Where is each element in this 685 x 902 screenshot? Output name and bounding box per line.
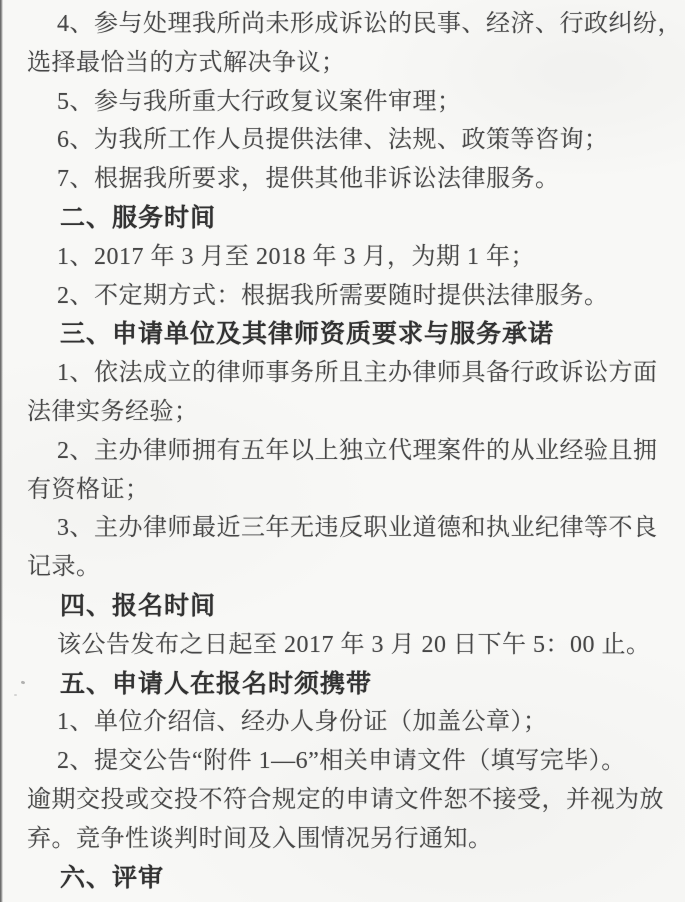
doc-line: 3、主办律师最近三年无违反职业道德和执业纪律等不良: [27, 509, 667, 548]
doc-line: 弃。竞争性谈判时间及入围情况另行通知。: [27, 820, 667, 859]
scan-speckle: [14, 694, 17, 696]
doc-line: 法律实务经验；: [27, 393, 667, 432]
section-heading-review: 六、评审: [27, 859, 667, 898]
section-heading-qualifications: 三、申请单位及其律师资质要求与服务承诺: [27, 315, 667, 354]
section-heading-service-time: 二、服务时间: [27, 199, 667, 238]
scanned-document-page: 4、参与处理我所尚未形成诉讼的民事、经济、行政纠纷， 选择最恰当的方式解决争议；…: [0, 0, 685, 902]
doc-line: 有资格证；: [27, 471, 667, 510]
doc-line: 逾期交投或交投不符合规定的申请文件恕不接受，并视为放: [27, 781, 667, 820]
scan-edge-left: [0, 0, 3, 902]
doc-line: 5、参与我所重大行政复议案件审理；: [27, 83, 667, 122]
section-heading-registration-time: 四、报名时间: [27, 587, 667, 626]
doc-line: 记录。: [27, 548, 667, 587]
document-body: 4、参与处理我所尚未形成诉讼的民事、经济、行政纠纷， 选择最恰当的方式解决争议；…: [27, 5, 667, 897]
doc-line: 2、提交公告“附件 1—6”相关申请文件（填写完毕）。: [27, 742, 667, 781]
doc-line: 该公告发布之日起至 2017 年 3 月 20 日下午 5：00 止。: [27, 626, 667, 665]
doc-line: 1、2017 年 3 月至 2018 年 3 月，为期 1 年；: [27, 238, 667, 277]
scan-speckle: [21, 680, 26, 684]
doc-line: 选择最恰当的方式解决争议；: [27, 44, 667, 83]
doc-line: 7、根据我所要求，提供其他非诉讼法律服务。: [27, 160, 667, 199]
doc-line: 4、参与处理我所尚未形成诉讼的民事、经济、行政纠纷，: [27, 5, 667, 44]
doc-line: 1、单位介绍信、经办人身份证（加盖公章）；: [27, 703, 667, 742]
section-heading-required-items: 五、申请人在报名时须携带: [27, 665, 667, 704]
doc-line: 2、不定期方式：根据我所需要随时提供法律服务。: [27, 277, 667, 316]
doc-line: 2、主办律师拥有五年以上独立代理案件的从业经验且拥: [27, 432, 667, 471]
doc-line: 6、为我所工作人员提供法律、法规、政策等咨询；: [27, 121, 667, 160]
doc-line: 1、依法成立的律师事务所且主办律师具备行政诉讼方面: [27, 354, 667, 393]
